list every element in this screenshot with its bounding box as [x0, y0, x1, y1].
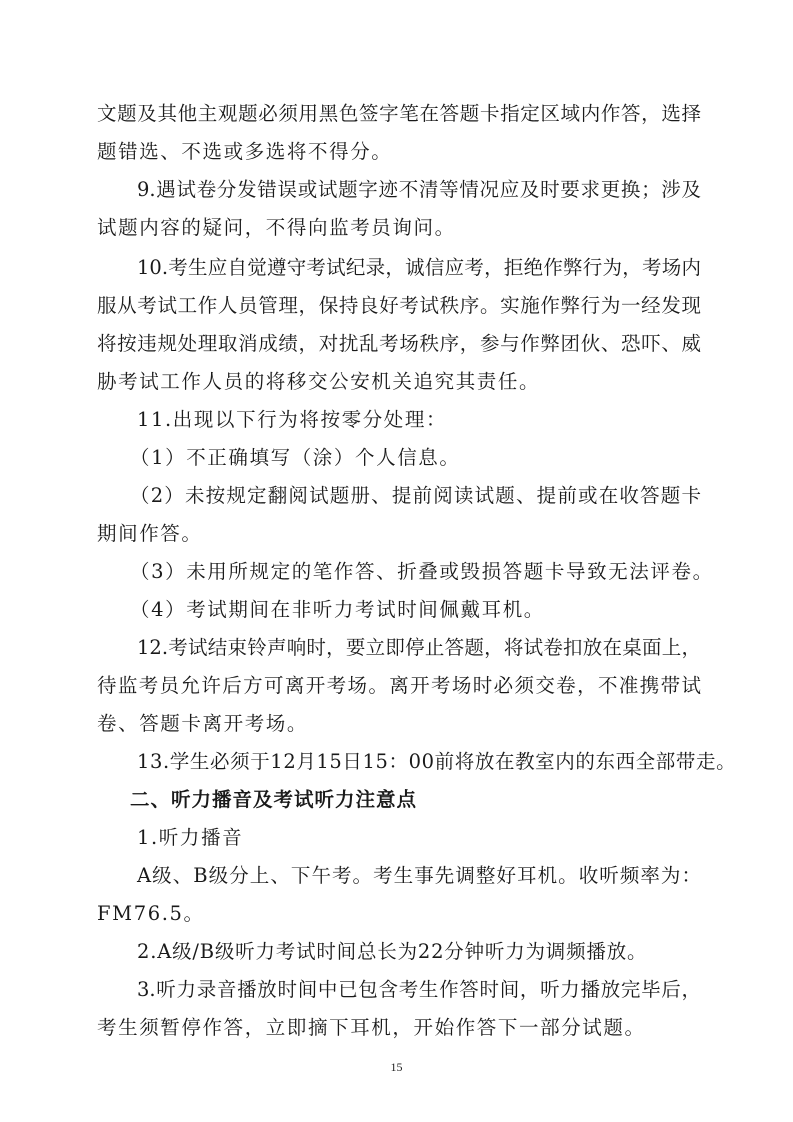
sub-item-3: （3）未用所规定的笔作答、折叠或毁损答题卡导致无法评卷。: [130, 560, 734, 584]
section-heading: 二、听力播音及考试听力注意点: [130, 788, 734, 812]
item-13-line: 13.学生必须于12月15日15：00前将放在教室内的东西全部带走。: [137, 750, 701, 774]
paragraph-line: FM76.5。: [97, 902, 701, 926]
sub-item-4: （4）考试期间在非听力考试时间佩戴耳机。: [130, 598, 734, 622]
document-page: 文题及其他主观题必须用黑色签字笔在答题卡指定区域内作答，选择 题错选、不选或多选…: [0, 0, 793, 1122]
paragraph-line: 待监考员允许后方可离开考场。离开考场时必须交卷，不准携带试: [97, 674, 701, 698]
sub-heading-1: 1.听力播音: [137, 826, 701, 850]
sub-item-1: （1）不正确填写（涂）个人信息。: [130, 446, 734, 470]
item-11-line: 11.出现以下行为将按零分处理：: [137, 408, 701, 432]
item-12-line: 12.考试结束铃声响时，要立即停止答题，将试卷扣放在桌面上，: [137, 636, 701, 660]
paragraph-line: 服从考试工作人员管理，保持良好考试秩序。实施作弊行为一经发现: [97, 294, 701, 318]
item-9-line: 9.遇试卷分发错误或试题字迹不清等情况应及时要求更换；涉及: [137, 178, 701, 202]
item-3-line: 3.听力录音播放时间中已包含考生作答时间，听力播放完毕后，: [137, 978, 701, 1002]
paragraph-line: A级、B级分上、下午考。考生事先调整好耳机。收听频率为：: [137, 864, 701, 888]
page-number: 15: [0, 1060, 793, 1075]
paragraph-line: 试题内容的疑问，不得向监考员询问。: [97, 216, 701, 240]
item-2-line: 2.A级/B级听力考试时间总长为22分钟听力为调频播放。: [137, 940, 701, 964]
paragraph-line: 文题及其他主观题必须用黑色签字笔在答题卡指定区域内作答，选择: [97, 102, 701, 126]
item-10-line: 10.考生应自觉遵守考试纪录，诚信应考，拒绝作弊行为，考场内: [137, 256, 701, 280]
paragraph-line: 卷、答题卡离开考场。: [97, 712, 701, 736]
paragraph-line: 题错选、不选或多选将不得分。: [97, 140, 701, 164]
sub-item-2: （2）未按规定翻阅试题册、提前阅读试题、提前或在收答题卡: [130, 484, 701, 508]
paragraph-line: 考生须暂停作答，立即摘下耳机，开始作答下一部分试题。: [97, 1016, 701, 1040]
paragraph-line: 胁考试工作人员的将移交公安机关追究其责任。: [97, 370, 701, 394]
paragraph-line: 将按违规处理取消成绩，对扰乱考场秩序，参与作弊团伙、恐吓、威: [97, 332, 701, 356]
paragraph-line: 期间作答。: [97, 522, 701, 546]
